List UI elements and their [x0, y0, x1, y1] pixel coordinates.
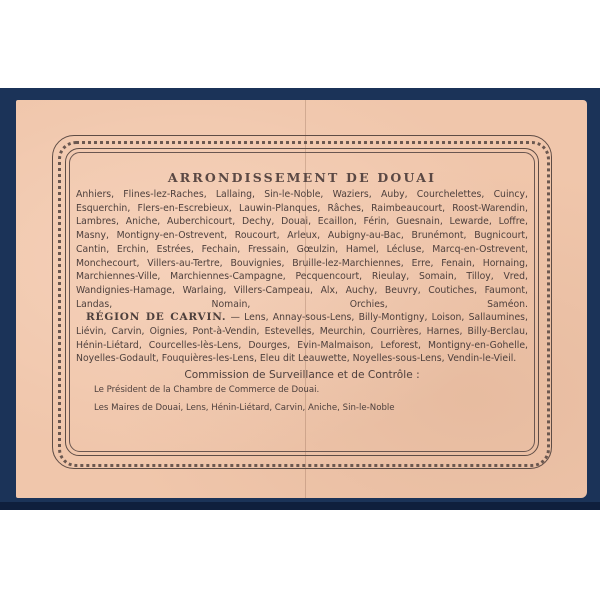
region-title: RÉGION DE CARVIN.: [86, 311, 226, 323]
region-paragraph: RÉGION DE CARVIN. — Lens, Annay-sous-Len…: [76, 311, 528, 366]
commission-title: Commission de Surveillance et de Contrôl…: [76, 369, 528, 381]
document-title: ARRONDISSEMENT DE DOUAI: [76, 170, 528, 185]
signer-president: Le Président de la Chambre de Commerce d…: [94, 385, 528, 395]
banknote-reverse: ARRONDISSEMENT DE DOUAI Anhiers, Flines-…: [16, 100, 587, 498]
arrondissement-communes: Anhiers, Flines-lez-Raches, Lallaing, Si…: [76, 188, 528, 311]
signer-mayors: Les Maires de Douai, Lens, Hénin-Liétard…: [94, 403, 528, 413]
note-text-block: ARRONDISSEMENT DE DOUAI Anhiers, Flines-…: [76, 170, 528, 421]
